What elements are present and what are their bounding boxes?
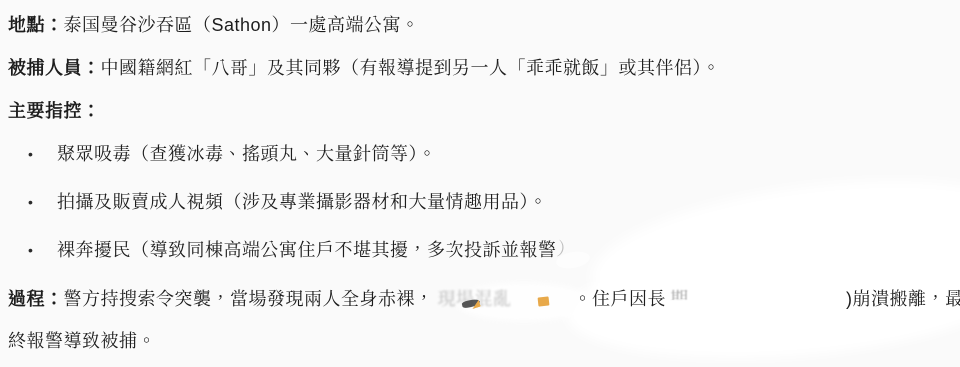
erased-region-1: 現場混亂	[434, 287, 574, 311]
charge-item-2: •拍攝及販賣成人視頻（涉及專業攝影器材和大量情趣用品）。	[28, 190, 548, 214]
bullet-icon: •	[28, 190, 40, 214]
bullet-icon: •	[28, 142, 40, 166]
smudge-fragment-orange-2	[538, 296, 550, 306]
charge-item-3: •裸奔擾民（導致同棟高端公寓住戶不堪其擾，多次投訴並報警）	[28, 238, 575, 262]
process-label: 過程：	[8, 289, 64, 309]
document: 地點：泰国曼谷沙吞區（Sathon）一處高端公寓。 被捕人員：中國籍網紅「八哥」…	[0, 0, 960, 367]
arrested-line: 被捕人員：中國籍網紅「八哥」及其同夥（有報導提到另一人「乖乖就飯」或其伴侶）。	[8, 56, 721, 80]
charge-text-1: 聚眾吸毒（查獲冰毒、搖頭丸、大量針筒等）。	[57, 144, 437, 164]
charge-text-3: 裸奔擾民（導致同棟高端公寓住戶不堪其擾，多次投訴並報警	[57, 240, 557, 260]
location-line: 地點：泰国曼谷沙吞區（Sathon）一處高端公寓。	[8, 13, 420, 37]
process-part3: )崩潰搬離，最	[846, 289, 960, 309]
charges-heading: 主要指控：	[8, 99, 101, 123]
location-label: 地點：	[8, 15, 64, 35]
process-line-1: 過程：警方持搜索令突襲，當場發現兩人全身赤裸，現場混亂。住戶因長期)崩潰搬離，最	[8, 287, 960, 311]
text-layer: 地點：泰国曼谷沙吞區（Sathon）一處高端公寓。 被捕人員：中國籍網紅「八哥」…	[0, 0, 960, 367]
arrested-label: 被捕人員：	[8, 58, 101, 78]
fade-patch-over-qi	[664, 299, 698, 313]
process-part2: 。住戶因長	[574, 289, 667, 309]
process-line-2: 終報警導致被捕。	[8, 329, 156, 353]
arrested-text: 中國籍網紅「八哥」及其同夥（有報導提到另一人「乖乖就飯」或其伴侶）。	[101, 58, 721, 78]
location-text: 泰国曼谷沙吞區（Sathon）一處高端公寓。	[64, 15, 420, 35]
charge-text-2: 拍攝及販賣成人視頻（涉及專業攝影器材和大量情趣用品）。	[57, 192, 548, 212]
charge-item-1: •聚眾吸毒（查獲冰毒、搖頭丸、大量針筒等）。	[28, 142, 437, 166]
bullet-icon: •	[28, 238, 40, 262]
process-part1: 警方持搜索令突襲，當場發現兩人全身赤裸，	[64, 289, 434, 309]
